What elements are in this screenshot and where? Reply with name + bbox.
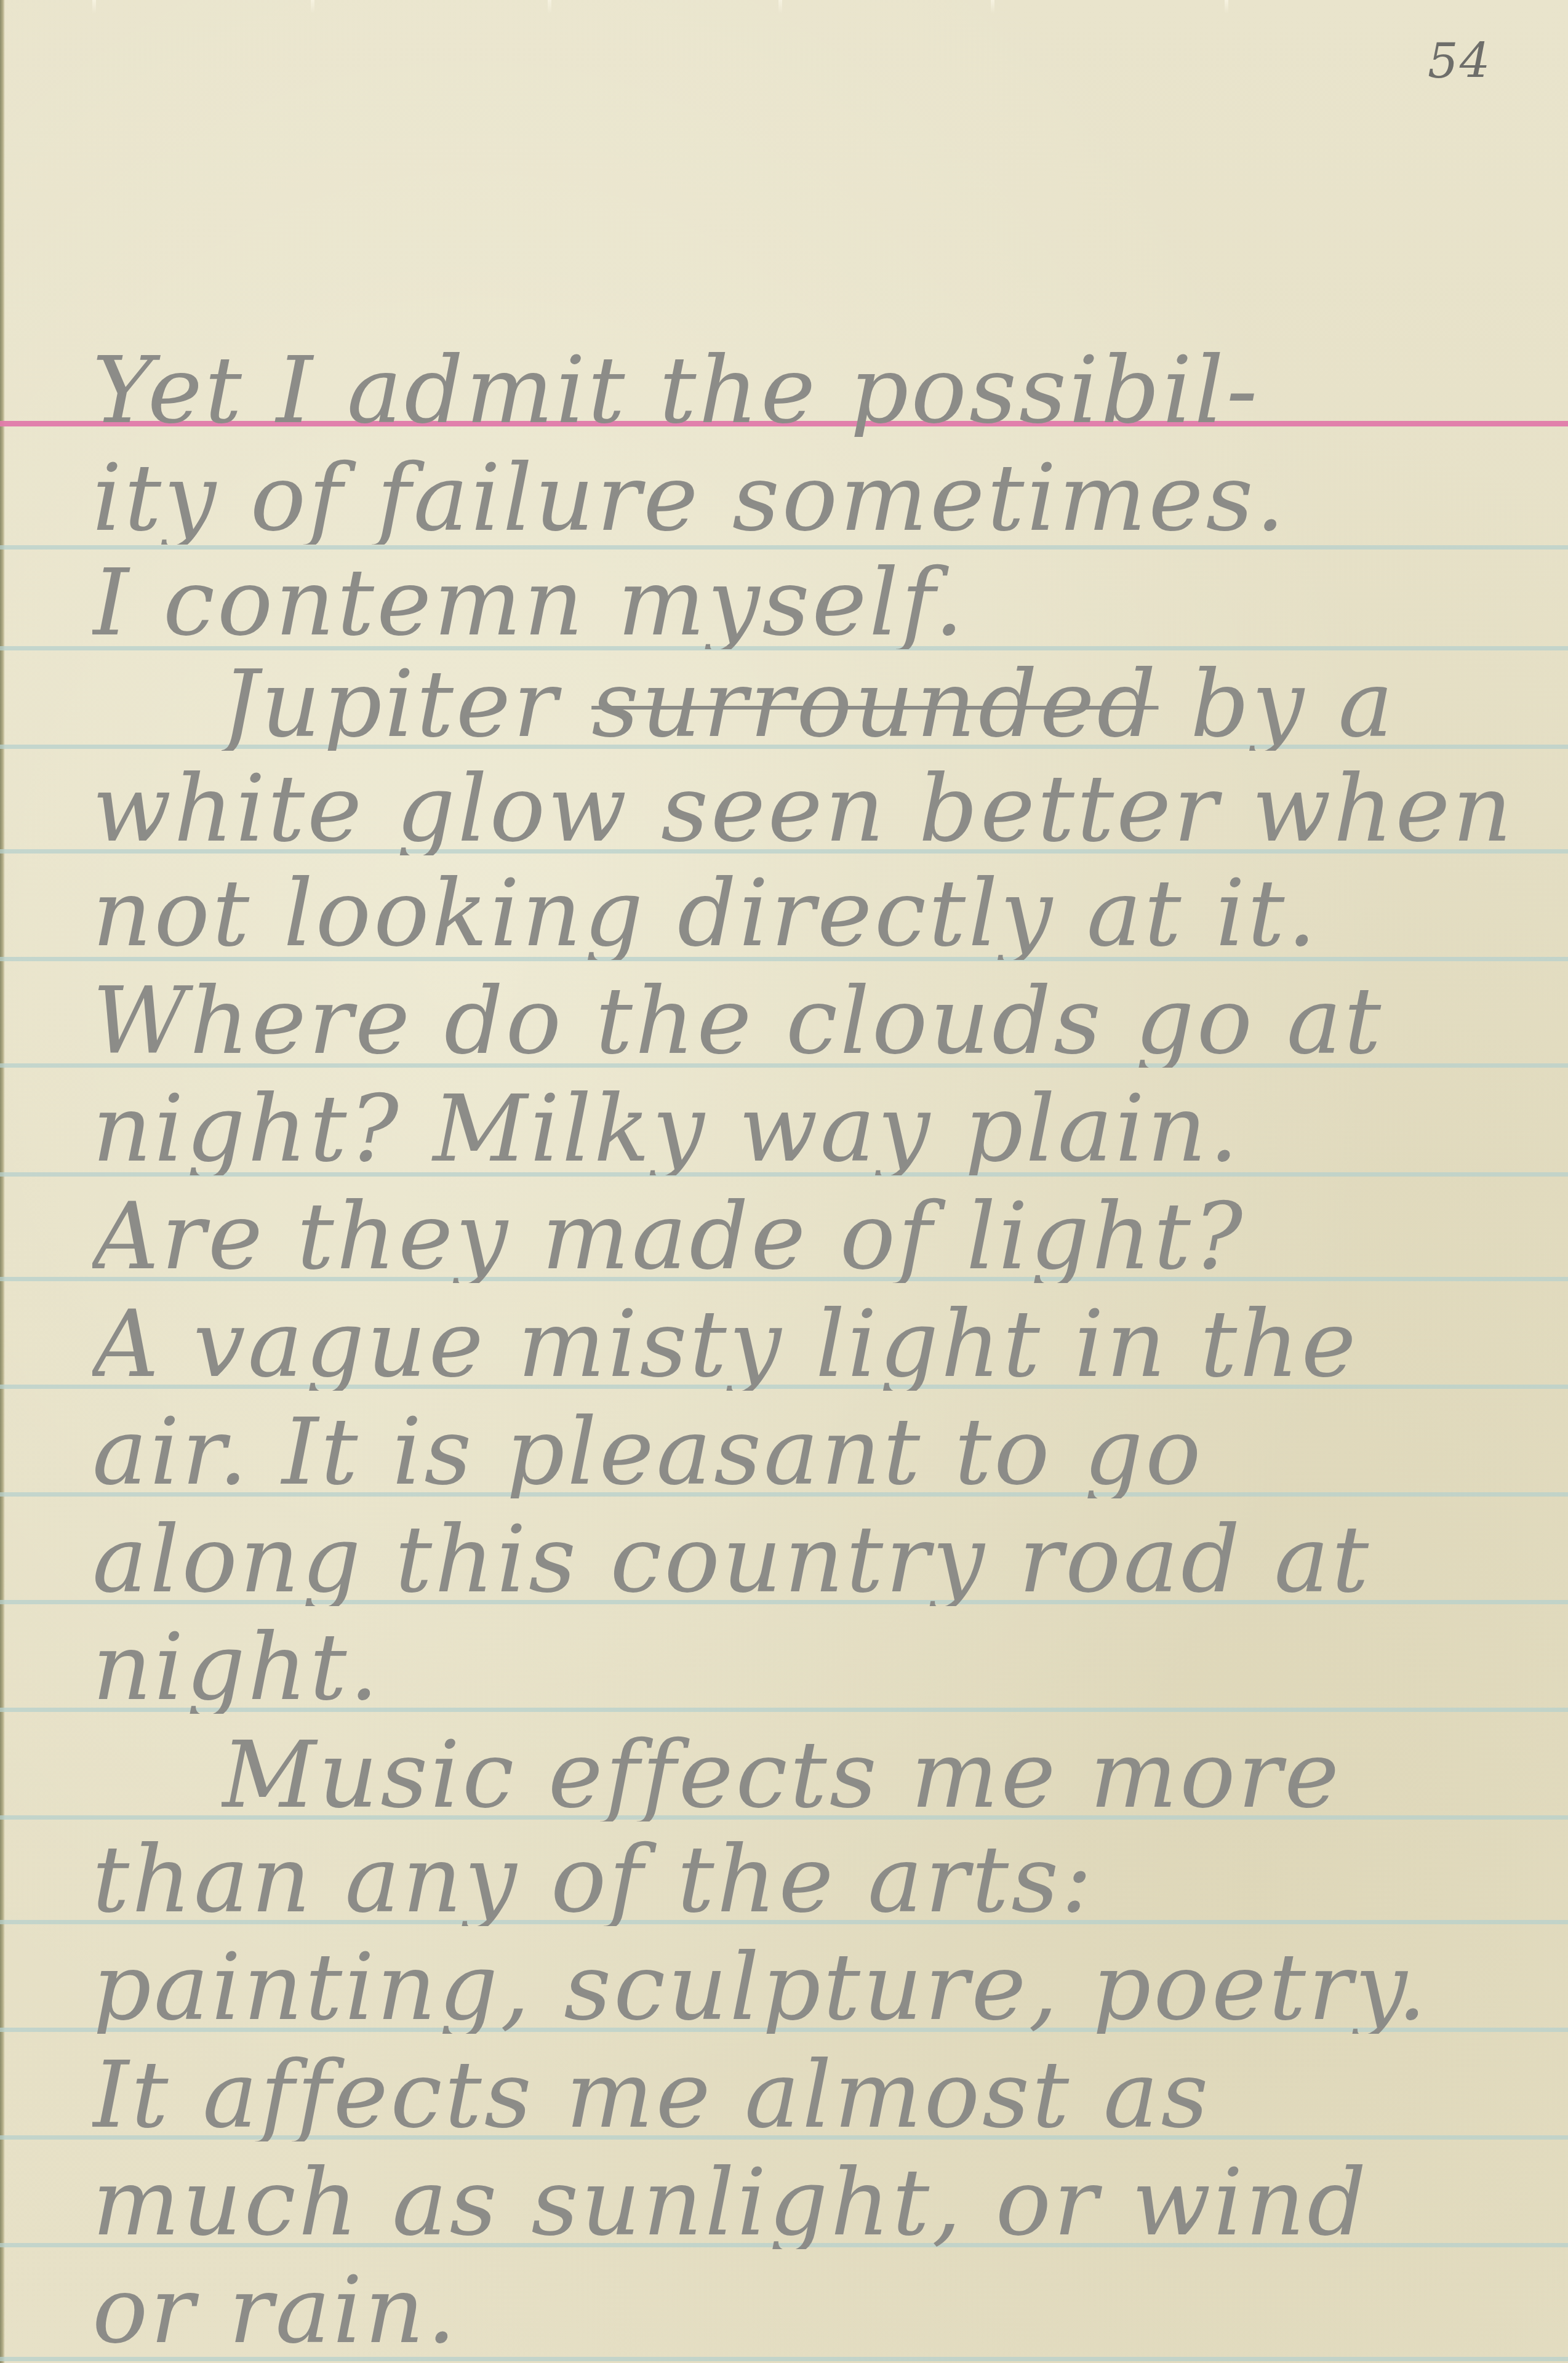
text-line: ity of failure sometimes.	[92, 452, 1532, 545]
text-line: than any of the arts:	[92, 1834, 1532, 1926]
text-line: air. It is pleasant to go	[92, 1406, 1532, 1498]
notebook-page: 54 Yet I admit the possibil- ity of fail…	[0, 0, 1568, 2363]
text-line: Yet I admit the possibil-	[92, 345, 1532, 437]
struck-word: surrounded	[591, 658, 1158, 751]
text-line: along this country road at	[92, 1514, 1532, 1606]
notch	[548, 0, 551, 14]
perforation-notches	[0, 0, 1568, 15]
page-number: 54	[1428, 34, 1491, 89]
page-binding-edge	[0, 0, 5, 2363]
text-line: Music effects me more	[222, 1729, 1532, 1821]
text-line: or rain.	[92, 2265, 1532, 2357]
text-line: Are they made of light?	[92, 1191, 1532, 1283]
text-line: painting, sculpture, poetry.	[92, 1941, 1532, 2034]
notch	[92, 0, 96, 14]
notch	[991, 0, 994, 14]
text-line: much as sunlight, or wind	[92, 2157, 1532, 2249]
text-line-with-strikethrough: Jupiter surrounded by a	[222, 658, 1532, 751]
text-line: Where do the clouds go at	[92, 975, 1532, 1068]
text-line: It affects me almost as	[92, 2049, 1532, 2141]
notch	[311, 0, 314, 14]
text-line: night.	[92, 1621, 1532, 1714]
text-line: night? Milky way plain.	[92, 1083, 1532, 1175]
notch	[1225, 0, 1228, 14]
text-line: A vague misty light in the	[92, 1298, 1532, 1391]
text-line: not looking directly at it.	[92, 868, 1532, 960]
ruled-line	[0, 2357, 1568, 2361]
notch	[778, 0, 782, 14]
text-line: white glow seen better when	[92, 763, 1532, 855]
text-line: I contemn myself.	[92, 557, 1532, 649]
ruled-line	[0, 545, 1568, 550]
